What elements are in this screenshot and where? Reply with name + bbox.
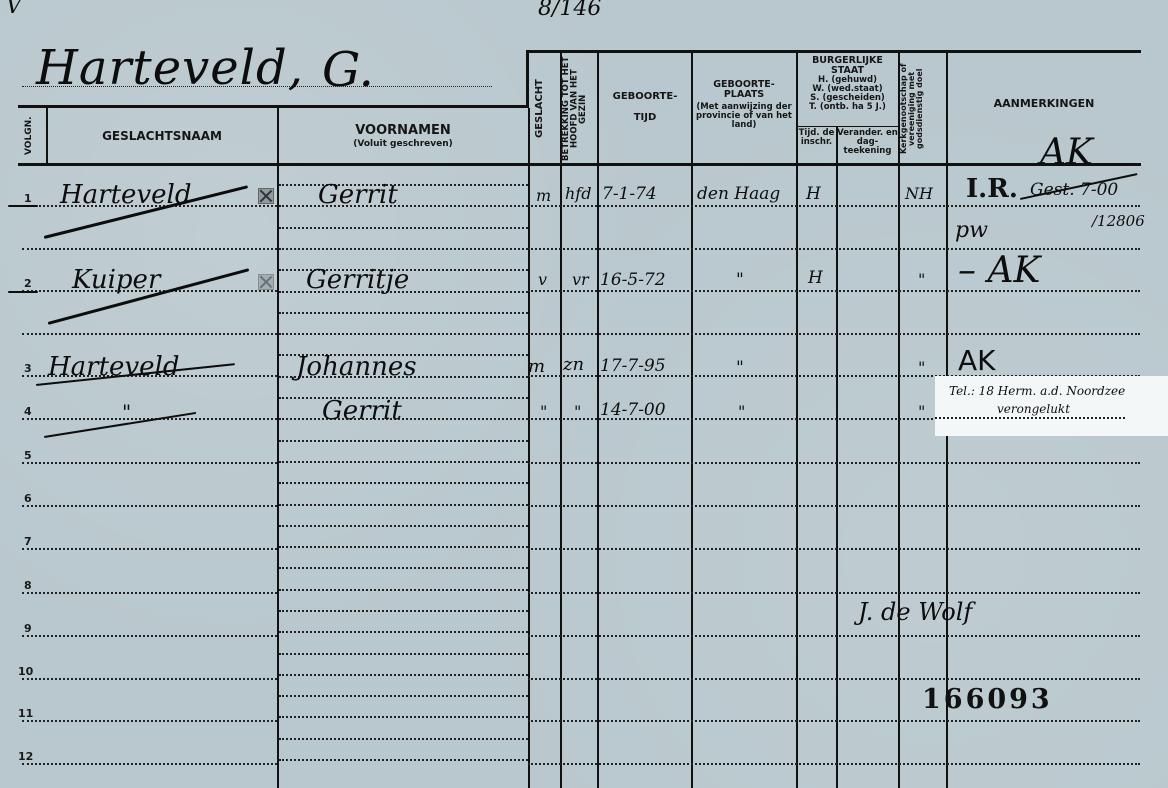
- corner-mark: V: [6, 0, 22, 19]
- header-geboorteplaats-sub: (Met aanwijzing der provincie of van het…: [692, 103, 796, 130]
- row2-civil: H: [808, 268, 823, 288]
- row-number: 10: [18, 665, 33, 678]
- row-number: 11: [18, 707, 33, 720]
- row-number: 8: [24, 579, 32, 592]
- header-tijd-inschr: Tijd. de inschr.: [797, 129, 836, 147]
- header-bs-t: T. (ontb. ha 5 J.): [797, 103, 898, 112]
- row2-strike-short: [8, 291, 38, 293]
- row4-birthdate: 14-7-00: [600, 400, 666, 420]
- row-dotted-line: [22, 720, 277, 722]
- row-dotted-line: [279, 312, 528, 314]
- row-dotted-line: [279, 205, 528, 207]
- row-dotted-line: [279, 418, 528, 420]
- row-number: 2: [24, 277, 32, 290]
- row-dotted-line: [279, 504, 528, 506]
- row-dotted-line: [279, 525, 528, 527]
- row4-sex: ": [540, 402, 547, 421]
- head-initial: G.: [322, 42, 374, 98]
- row4-surname: ": [122, 400, 131, 424]
- row2-surname: Kuiper: [72, 265, 160, 295]
- row-dotted-line: [22, 505, 277, 507]
- header-geslacht: GESLACHT: [535, 58, 545, 160]
- row-dotted-line: [279, 567, 528, 569]
- row2-birthplace: ": [736, 270, 744, 290]
- row-dotted-line: [22, 592, 277, 594]
- row-dotted-line: [279, 333, 528, 335]
- header-geslachtsnaam: GESLACHTSNAAM: [46, 130, 278, 143]
- row3-relation: zn: [563, 354, 584, 375]
- row1-birthplace: den Haag: [697, 184, 780, 204]
- burg-staat-divider: [796, 126, 898, 127]
- header-aanmerkingen: AANMERKINGEN: [947, 98, 1141, 110]
- header-geboortetijd-2: TIJD: [598, 113, 692, 124]
- signature: J. de Wolf: [858, 598, 972, 626]
- row-dotted-line: [279, 440, 528, 442]
- header-top-line: [527, 50, 1141, 53]
- row-dotted-line: [279, 461, 528, 463]
- row-dotted-line: [528, 505, 1140, 507]
- row3-birthdate: 17-7-95: [600, 356, 666, 376]
- header-burgerlijke-staat: BURGERLIJKE STAAT H. (gehuwd) W. (wed.st…: [797, 56, 898, 112]
- row1-initials: AK: [1040, 132, 1093, 173]
- row-dotted-line: [528, 462, 1140, 464]
- row2-relation: vr: [572, 270, 589, 289]
- row-dotted-line: [279, 227, 528, 229]
- row2-religion: ": [918, 270, 925, 289]
- header-kerkgenootschap: Kerkgenootschap of vereeniging met godsd…: [900, 56, 944, 162]
- row-dotted-line: [279, 759, 528, 761]
- row4-strike: [44, 412, 196, 438]
- row2-birthdate: 16-5-72: [600, 270, 666, 290]
- row-dotted-line: [22, 763, 277, 765]
- header-geboortetijd: GEBOORTE- TIJD: [598, 92, 692, 123]
- row-dotted-line: [22, 462, 277, 464]
- row-dotted-line: [279, 631, 528, 633]
- row1-relation: hfd: [565, 184, 591, 203]
- row-dotted-line: [528, 205, 1140, 207]
- row-dotted-line: [528, 592, 1140, 594]
- header-voornamen-sub: (Voluit geschreven): [278, 140, 528, 149]
- row-dotted-line: [279, 674, 528, 676]
- row1-struck-note: Gest. 7-00: [1030, 180, 1118, 200]
- row-dotted-line: [528, 548, 1140, 550]
- row-dotted-line: [279, 589, 528, 591]
- row4-religion: ": [918, 402, 925, 421]
- reference-number: 8/146: [538, 0, 601, 21]
- row-dotted-line: [279, 716, 528, 718]
- row1-strike-short: [8, 205, 38, 207]
- row1-birthdate: 7-1-74: [602, 184, 657, 204]
- row2-sex: v: [538, 270, 547, 289]
- header-betrekking: BETREKKING TOT HET HOOFD VAN HET GEZIN: [562, 56, 596, 162]
- registration-card: V 8/146 Harteveld, G. VOLGN. GESLACHTSNA…: [0, 0, 1168, 788]
- row-dotted-line: [22, 548, 277, 550]
- col-line: [836, 127, 838, 788]
- pasted-note: Tel.: 18 Herm. a.d. Noordzee verongelukt: [935, 376, 1168, 436]
- row-dotted-line: [279, 653, 528, 655]
- head-surname: Harteveld,: [36, 40, 304, 96]
- row1-remarks-stamp: I.R.: [966, 174, 1018, 204]
- row-dotted-line: [279, 248, 528, 250]
- row1-checkbox-icon: [258, 188, 274, 204]
- row4-birthplace: ": [738, 402, 745, 421]
- name-dotted-line: [22, 86, 492, 87]
- col-line: [528, 108, 530, 788]
- row-dotted-line: [528, 720, 1140, 722]
- row2-firstnames: Gerritje: [306, 265, 409, 295]
- row2-checkbox-icon: [258, 274, 274, 290]
- pasted-note-line: [935, 417, 1125, 419]
- header-verander: Verander. en dag-teekening: [837, 129, 898, 156]
- row-number: 3: [24, 362, 32, 375]
- row4-relation: ": [574, 402, 581, 421]
- row3-sex: m: [528, 356, 545, 377]
- row-number: 5: [24, 449, 32, 462]
- row1-civil: H: [806, 184, 821, 204]
- row-dotted-line: [528, 635, 1140, 637]
- row-number: 9: [24, 622, 32, 635]
- header-bs-title: BURGERLIJKE STAAT: [797, 56, 898, 76]
- row2-remarks: – AK: [958, 250, 1040, 291]
- header-name-line: [18, 105, 529, 108]
- header-geboorteplaats: GEBOORTE- PLAATS (Met aanwijzing der pro…: [692, 80, 796, 130]
- row-number: 12: [18, 750, 33, 763]
- row-dotted-line: [279, 482, 528, 484]
- row-dotted-line: [528, 290, 1140, 292]
- row-dotted-line: [279, 610, 528, 612]
- row1-sex: m: [536, 186, 551, 205]
- row-number: 4: [24, 405, 32, 418]
- header-bottom-line: [18, 163, 1141, 166]
- row-dotted-line: [22, 248, 277, 250]
- row-dotted-line: [279, 738, 528, 740]
- row-dotted-line: [279, 184, 528, 186]
- row-dotted-line: [279, 546, 528, 548]
- header-step-line: [526, 50, 529, 108]
- header-geboortetijd-1: GEBOORTE-: [598, 92, 692, 103]
- row-dotted-line: [528, 678, 1140, 680]
- row-dotted-line: [279, 397, 528, 399]
- row-dotted-line: [279, 695, 528, 697]
- pasted-note-line1: Tel.: 18 Herm. a.d. Noordzee: [949, 384, 1125, 398]
- row1-religion: NH: [905, 184, 933, 203]
- row3-remarks: AK: [958, 344, 996, 377]
- pasted-note-line2: verongelukt: [997, 402, 1070, 416]
- row1-firstnames: Gerrit: [318, 180, 398, 210]
- row-dotted-line: [22, 635, 277, 637]
- row-dotted-line: [528, 763, 1140, 765]
- col-line: [277, 107, 279, 788]
- row3-firstnames: Johannes: [296, 352, 417, 382]
- row-number: 6: [24, 492, 32, 505]
- row-dotted-line: [22, 333, 277, 335]
- row1-ref: /12806: [1092, 212, 1145, 230]
- card-number: 166093: [922, 684, 1053, 715]
- header-voornamen: VOORNAMEN: [278, 124, 528, 138]
- row4-firstnames: Gerrit: [322, 396, 402, 426]
- header-geboorteplaats-2: PLAATS: [692, 90, 796, 100]
- row-number: 1: [24, 192, 32, 205]
- row-dotted-line: [528, 333, 1140, 335]
- row-dotted-line: [22, 678, 277, 680]
- header-volgn: VOLGN.: [25, 112, 34, 160]
- row3-religion: ": [918, 358, 925, 377]
- row1-mark: pw: [955, 218, 988, 243]
- row-number: 7: [24, 535, 32, 548]
- row-dotted-line: [528, 248, 1140, 250]
- row3-birthplace: ": [736, 358, 744, 378]
